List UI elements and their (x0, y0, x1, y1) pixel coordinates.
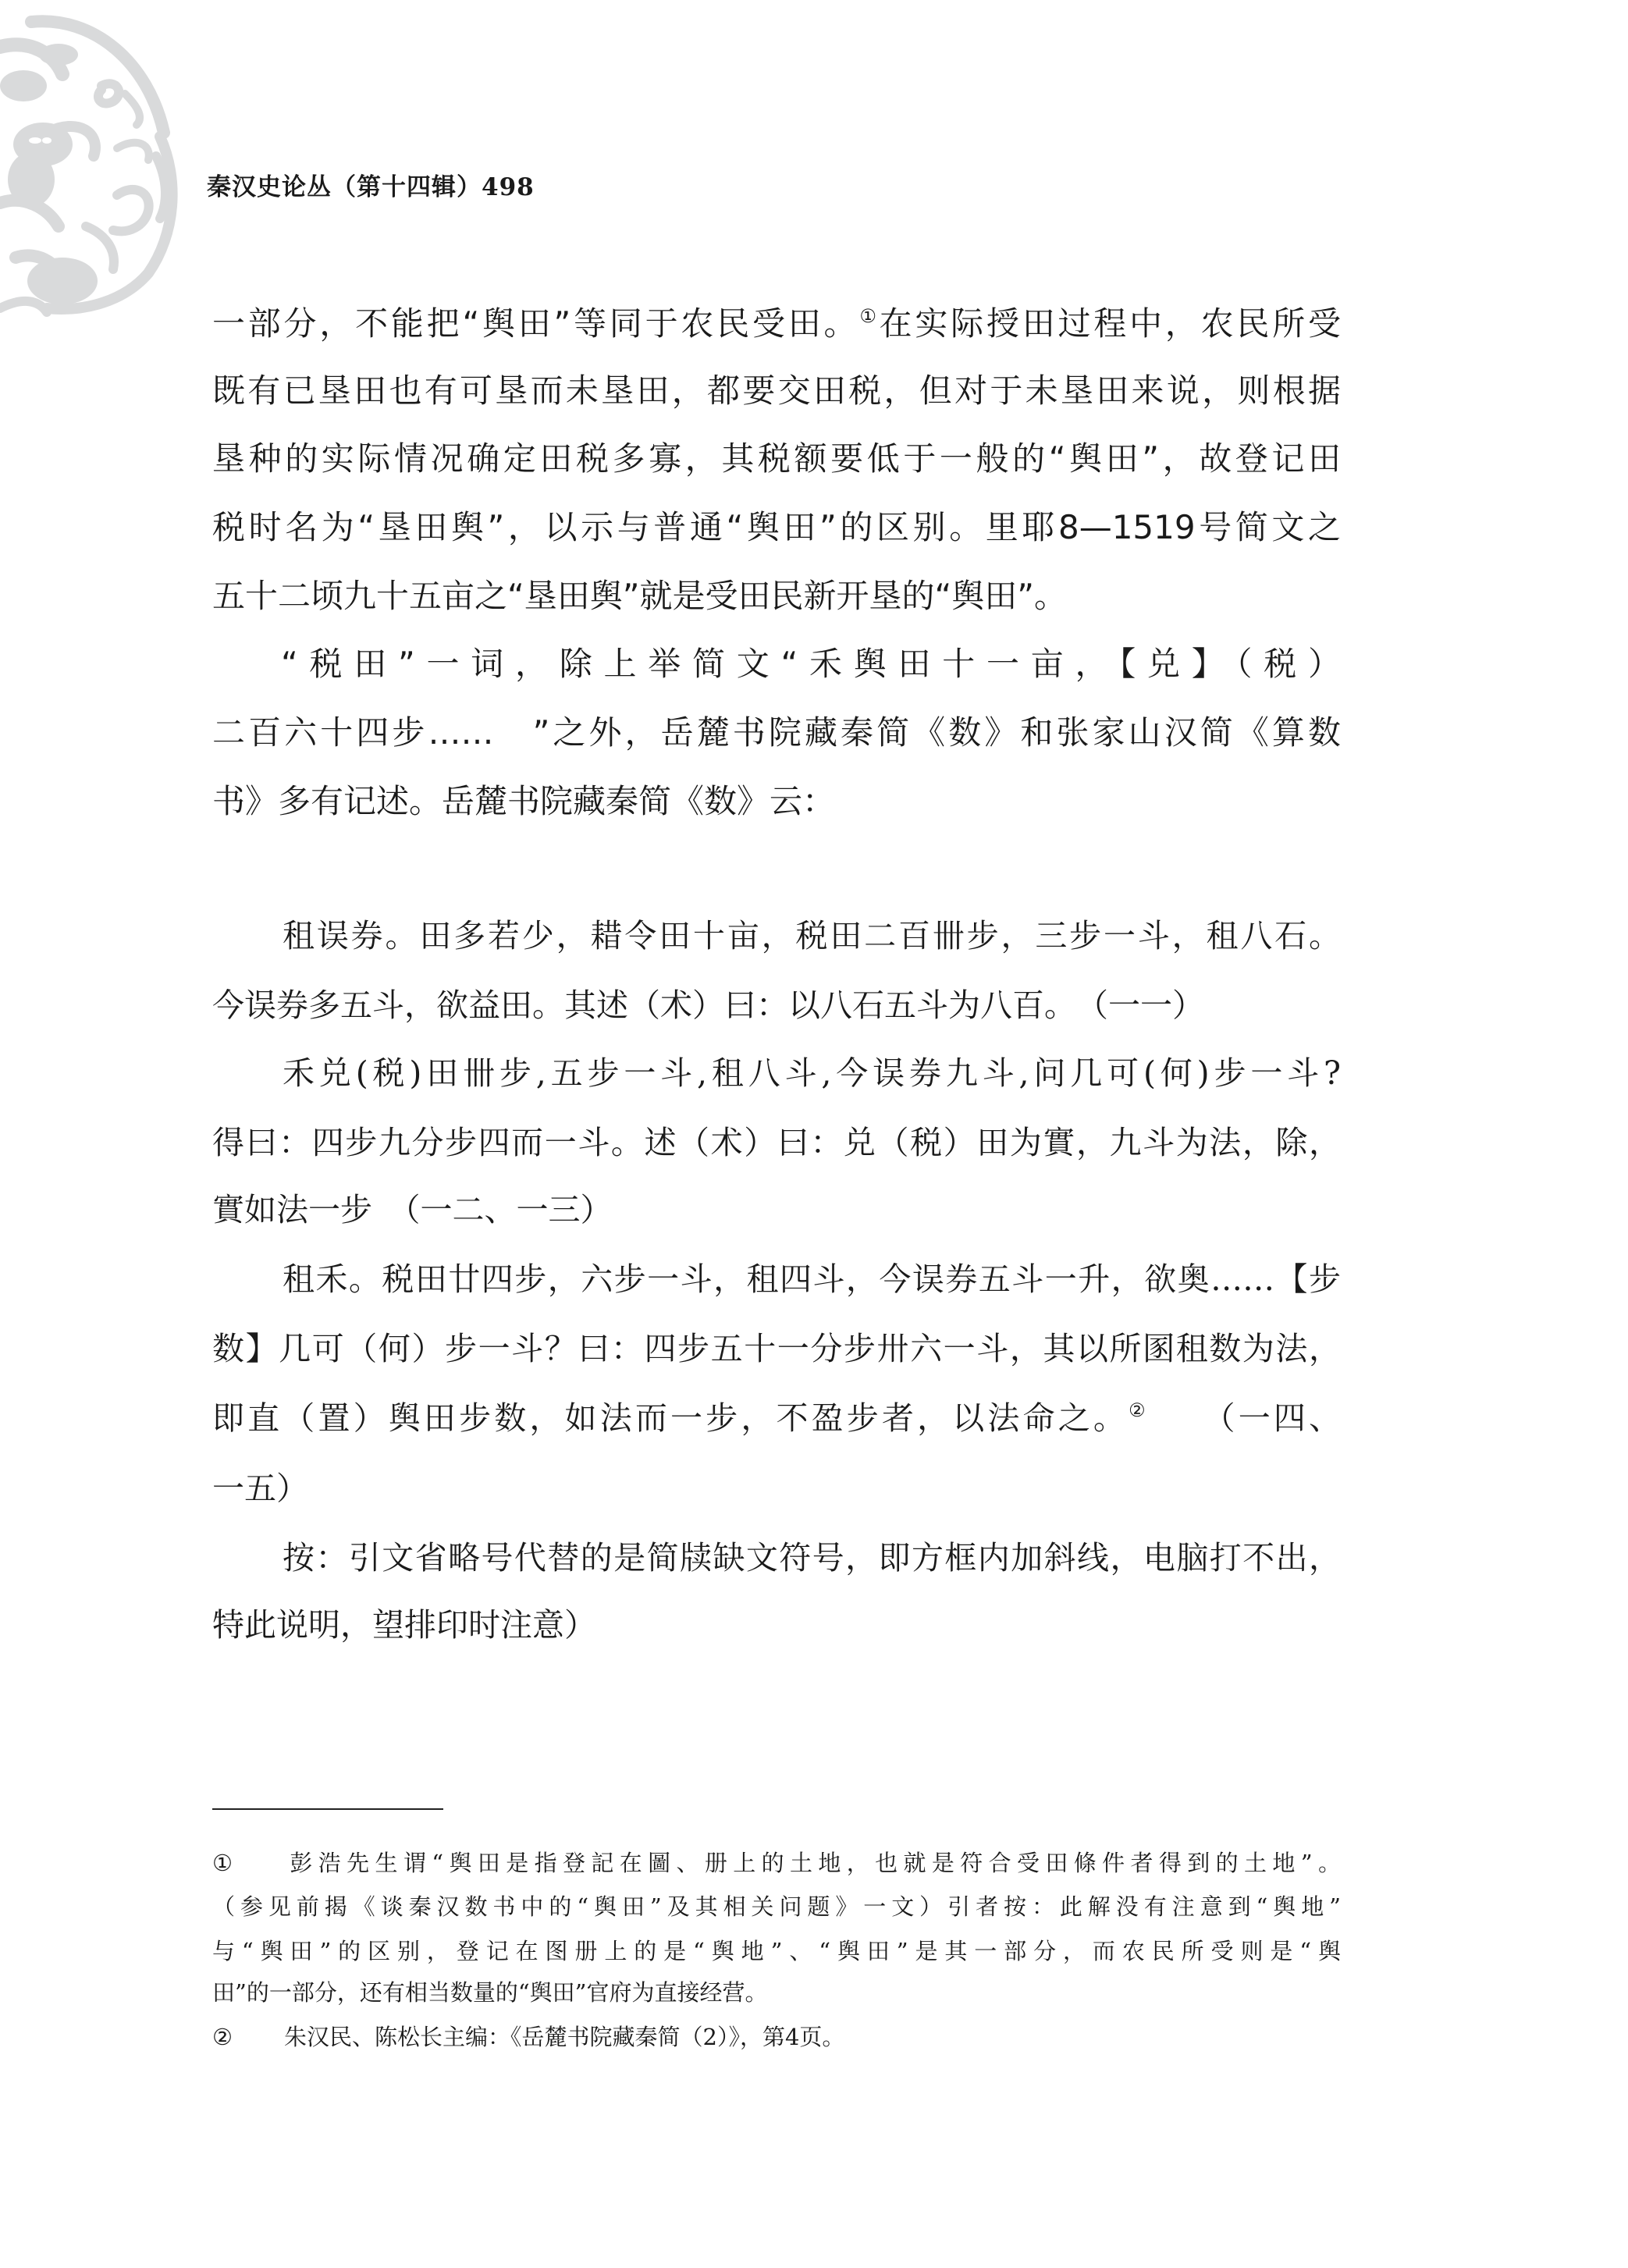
quote-line: 特此说明，望排印时注意） (212, 1601, 1341, 1648)
body-line: 一部分，不能把“舆田”等同于农民受田。①在实际授田过程中，农民所受 (212, 300, 1341, 347)
body-line: 书》多有记述。岳麓书院藏秦简《数》云： (212, 778, 1341, 825)
body-line: 既有已垦田也有可垦而未垦田，都要交田税，但对于未垦田来说，则根据 (212, 368, 1341, 414)
quote-line: 按：引文省略号代替的是简牍缺文符号，即方框内加斜线，电脑打不出， (283, 1534, 1341, 1581)
quote-line: 實如法一步 （一二、一三） (212, 1186, 1341, 1233)
body-line: 垦种的实际情况确定田税多寡，其税额要低于一般的“舆田”，故登记田 (212, 435, 1341, 482)
footnote-mark-1: ① (212, 1846, 284, 1880)
footnote-1-line: 田”的一部分，还有相当数量的“舆田”官府为直接经营。 (212, 1975, 1341, 2010)
quote-line: 得曰：四步九分步四而一斗。述（术）曰：兑（税）田为實，九斗为法，除， (212, 1119, 1341, 1166)
footnote-2-line: ②朱汉民、陈松长主编：《岳麓书院藏秦简（2）》，第4页。 (212, 2020, 1341, 2054)
running-head: 秦汉史论丛（第十四辑）498 (207, 169, 535, 206)
quote-line: 租误券。田多若少，耤令田十亩，税田二百卌步，三步一斗，租八石。 (283, 912, 1341, 959)
body-line: 二百六十四步…… ”之外，岳麓书院藏秦简《数》和张家山汉简《算数 (212, 709, 1341, 756)
footnote-1-line: ①彭浩先生谓“舆田是指登記在圖、册上的土地，也就是符合受田條件者得到的土地”。 (212, 1846, 1341, 1880)
body-line: 五十二顷九十五亩之“垦田舆”就是受田民新开垦的“舆田”。 (212, 573, 1341, 620)
quote-line: 即直（置）舆田步数，如法而一步，不盈步者，以法命之。② （一四、 (212, 1395, 1341, 1441)
footnote-1-line: 与“舆田”的区别，登记在图册上的是“舆地”、“舆田”是其一部分，而农民所受则是“… (212, 1934, 1341, 1968)
quote-line: 一五） (212, 1465, 1341, 1512)
footnote-separator (212, 1808, 443, 1810)
quote-line: 租禾。税田廿四步，六步一斗，租四斗，今误券五斗一升，欲奥……【步 (283, 1256, 1341, 1303)
body-line: 税时名为“垦田舆”，以示与普通“舆田”的区别。里耶8—1519号简文之 (212, 504, 1341, 551)
footnote-1-line: （参见前揭《谈秦汉数书中的“舆田”及其相关问题》一文）引者按：此解没有注意到“舆… (212, 1889, 1341, 1924)
quote-line: 数】几可（何）步一斗？曰：四步五十一分步卅六一斗，其以所圂租数为法， (212, 1325, 1341, 1372)
quote-line: 禾兑(税)田卌步,五步一斗,租八斗,今误券九斗,问几可(何)步一斗? (283, 1050, 1341, 1097)
body-line: “税田”一词，除上举简文“禾舆田十一亩，【兑】（税） (281, 641, 1341, 688)
footnote-ref-1[interactable]: ① (859, 305, 879, 327)
quote-line: 今误券多五斗，欲益田。其述（术）曰：以八石五斗为八百。 （一一） (212, 982, 1341, 1029)
footnote-mark-2: ② (212, 2020, 284, 2054)
footnote-ref-2[interactable]: ② (1129, 1399, 1149, 1421)
decorative-cloud-ornament-icon (0, 0, 187, 320)
